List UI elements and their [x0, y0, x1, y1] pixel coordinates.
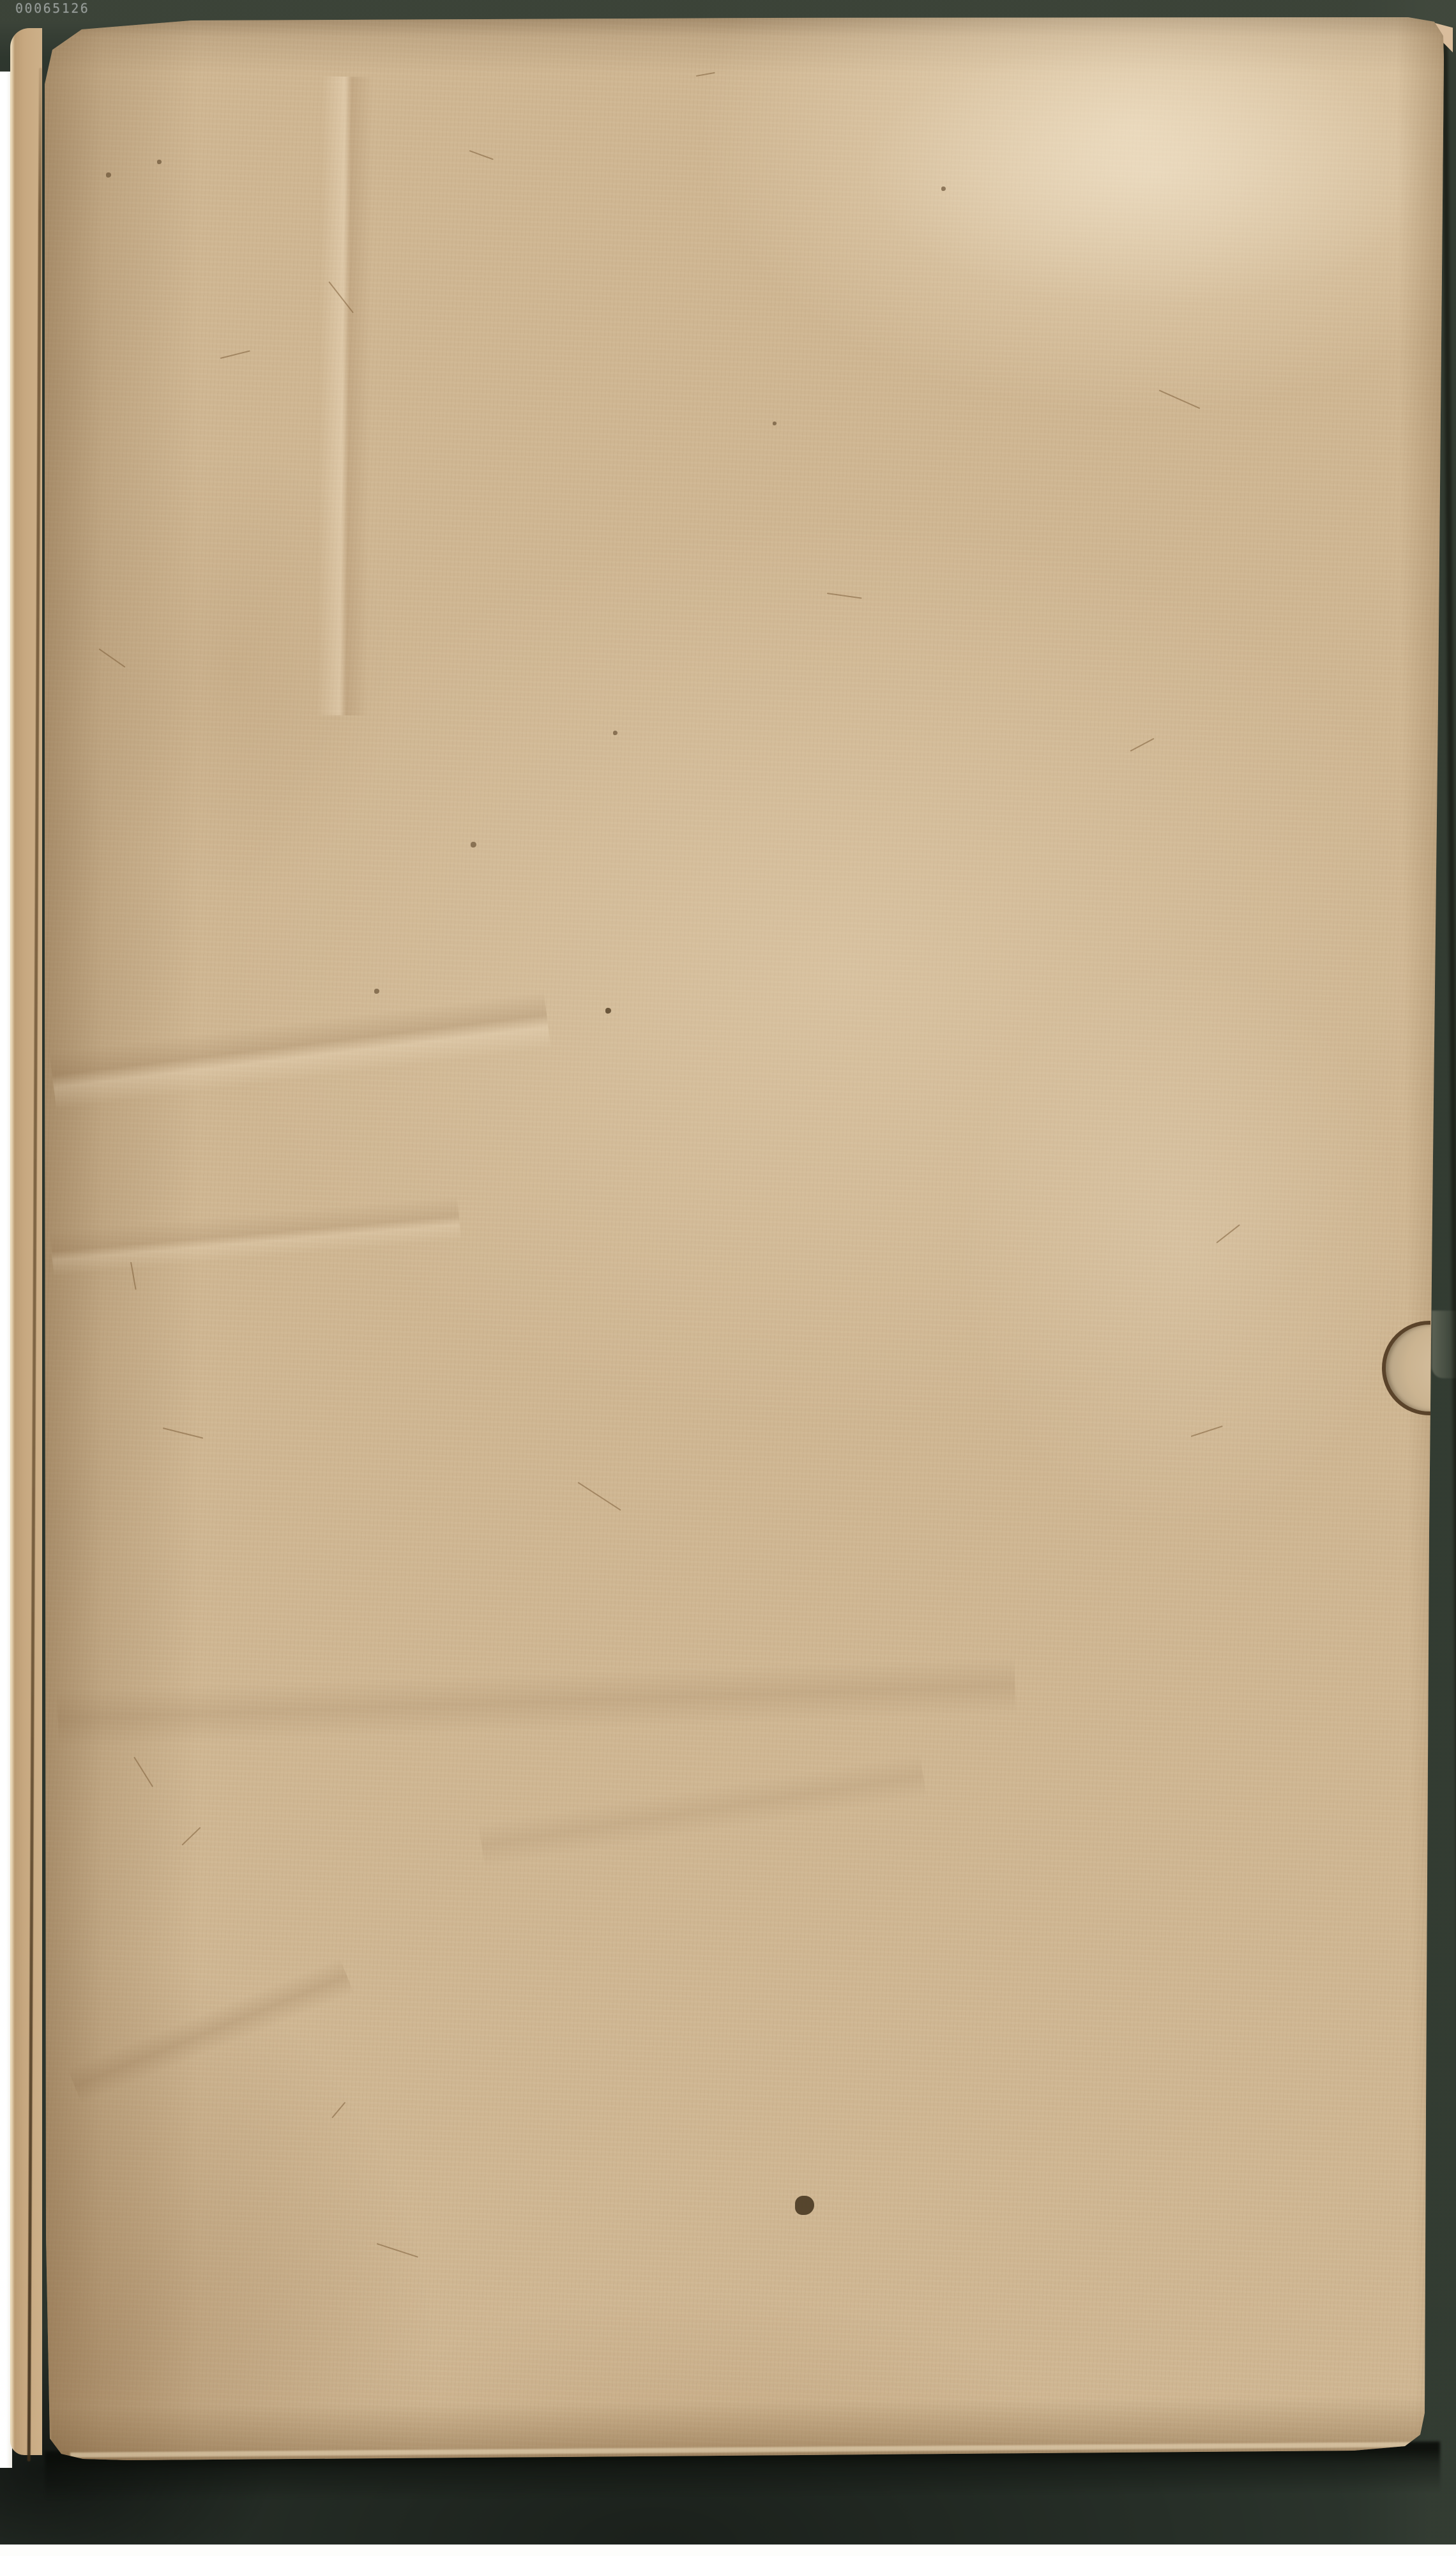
paper-wrinkle — [57, 1657, 1016, 1747]
paper-fiber — [133, 1756, 153, 1787]
book-scan: 00065126 — [0, 0, 1456, 2556]
paper-fiber — [181, 1827, 201, 1845]
scan-id-number: 00065126 — [15, 1, 89, 15]
paper-sheen — [862, 38, 1437, 307]
paper-speck — [613, 731, 618, 735]
paper-mottle — [77, 447, 396, 894]
paper-fiber — [827, 593, 862, 599]
paper-speck — [157, 160, 162, 164]
paper-fiber — [1159, 390, 1201, 409]
paper-speck — [471, 842, 476, 848]
blank-page — [0, 0, 1456, 2556]
paper-speck — [941, 186, 946, 191]
paper-speck — [106, 172, 111, 178]
paper-speck — [374, 989, 379, 994]
paper-speck — [605, 1008, 611, 1014]
paper-fiber — [377, 2243, 418, 2258]
paper-wrinkle — [68, 1958, 354, 2104]
notch-exposed-cover — [1432, 1311, 1456, 1378]
paper-fiber — [331, 2102, 345, 2119]
paper-wrinkle — [478, 1754, 927, 1868]
paper-speck — [773, 422, 777, 425]
paper-fiber — [577, 1482, 621, 1510]
paper-speck — [795, 2196, 814, 2215]
paper-sheen — [958, 958, 1405, 1533]
paper-fiber — [220, 350, 250, 359]
paper-fiber — [1130, 738, 1155, 751]
paper-wrinkle — [49, 992, 550, 1109]
paper-fiber — [469, 150, 494, 160]
paper-fiber — [163, 1427, 204, 1439]
paper-fiber — [696, 72, 715, 77]
scanner-edge-bottom — [0, 2545, 1456, 2556]
paper-wrinkle — [50, 1196, 461, 1276]
